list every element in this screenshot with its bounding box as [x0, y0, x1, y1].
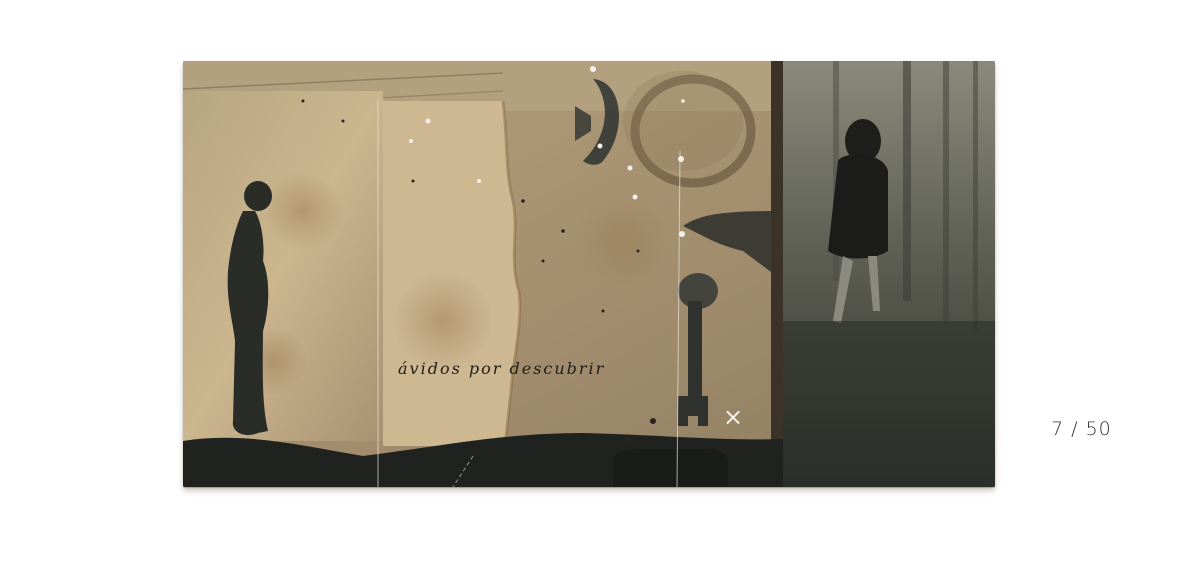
artwork-image[interactable]: ávidos por descubrir ×	[183, 61, 995, 487]
image-counter: 7 / 50	[1051, 418, 1113, 442]
x-mark: ×	[723, 403, 743, 431]
artwork-canvas: ávidos por descubrir ×	[183, 61, 995, 487]
gallery-viewer: ávidos por descubrir × 7 / 50	[0, 0, 1200, 585]
handwritten-caption: ávidos por descubrir	[398, 359, 605, 378]
